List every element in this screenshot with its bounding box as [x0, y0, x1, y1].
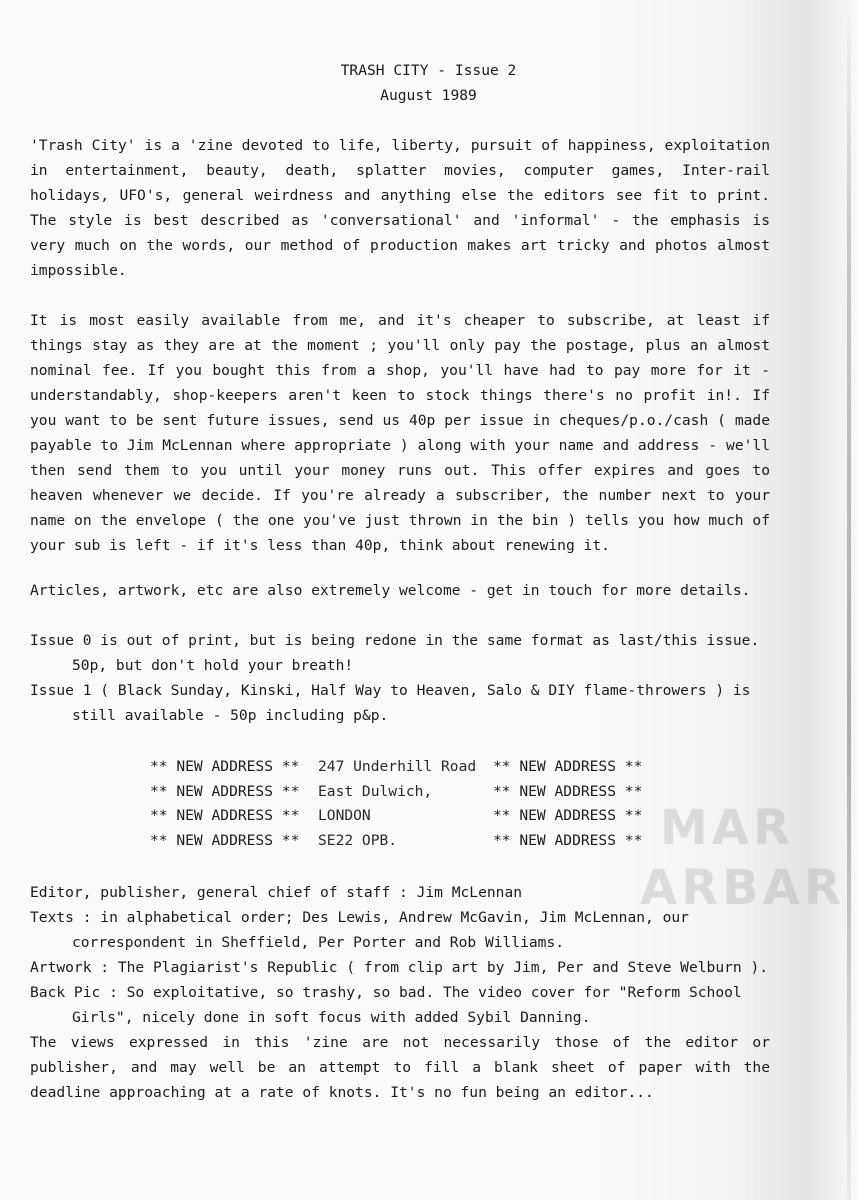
- issue-1: Issue 1 ( Black Sunday, Kinski, Half Way…: [30, 678, 770, 728]
- subscription-paragraph: It is most easily available from me, and…: [30, 308, 770, 558]
- bleed-through-text: MAR: [660, 800, 794, 856]
- new-address-block: ** NEW ADDRESS ** 247 Underhill Road ** …: [150, 755, 642, 853]
- back-issues: Issue 0 is out of print, but is being re…: [30, 628, 770, 728]
- zine-title: TRASH CITY - Issue 2: [0, 58, 857, 83]
- credit-artwork: Artwork : The Plagiarist's Republic ( fr…: [30, 955, 770, 980]
- credit-texts: Texts : in alphabetical order; Des Lewis…: [30, 905, 770, 955]
- credit-editor: Editor, publisher, general chief of staf…: [30, 880, 770, 905]
- paper-edge: [847, 0, 851, 1200]
- masthead: TRASH CITY - Issue 2 August 1989: [0, 58, 857, 108]
- disclaimer: The views expressed in this 'zine are no…: [30, 1030, 770, 1105]
- address-row: ** NEW ADDRESS ** SE22 OPB. ** NEW ADDRE…: [150, 829, 642, 854]
- address-row: ** NEW ADDRESS ** 247 Underhill Road ** …: [150, 755, 642, 780]
- credits: Editor, publisher, general chief of staf…: [30, 880, 770, 1105]
- issue-date: August 1989: [0, 83, 857, 108]
- address-row: ** NEW ADDRESS ** East Dulwich, ** NEW A…: [150, 780, 642, 805]
- address-row: ** NEW ADDRESS ** LONDON ** NEW ADDRESS …: [150, 804, 642, 829]
- credit-back-pic: Back Pic : So exploitative, so trashy, s…: [30, 980, 770, 1030]
- intro-paragraph: 'Trash City' is a 'zine devoted to life,…: [30, 133, 770, 283]
- issue-0: Issue 0 is out of print, but is being re…: [30, 628, 770, 678]
- articles-paragraph: Articles, artwork, etc are also extremel…: [30, 578, 770, 603]
